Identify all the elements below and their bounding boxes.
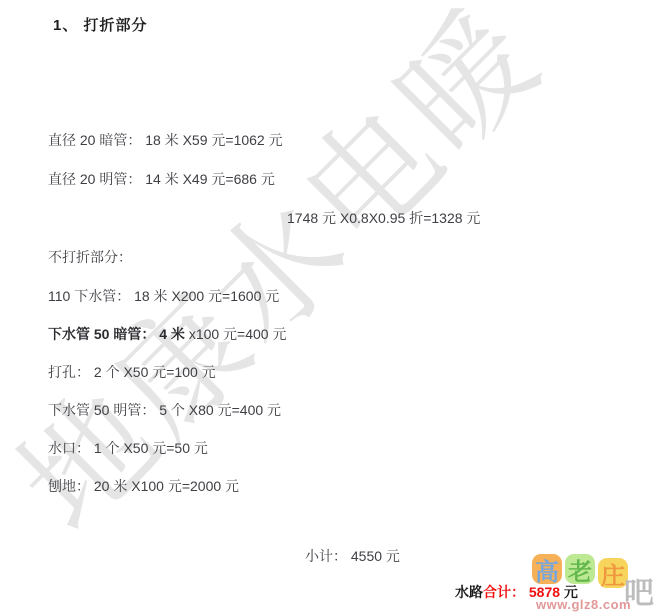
price-line-text: 不打折部分： [48, 249, 132, 265]
price-line: 打孔： 2 个 X50 元=100 元 [48, 362, 216, 382]
subtotal-line: 小计： 4550 元 [305, 546, 400, 566]
document-content: 1、 打折部分 直径 20 暗管： 18 米 X59 元=1062 元 直径 2… [0, 0, 657, 615]
total-amount: 合计： 5878 [483, 584, 560, 600]
price-line: 直径 20 明管： 14 米 X49 元=686 元 [48, 169, 275, 189]
total-suffix: 元 [560, 584, 578, 600]
price-line-text: 直径 20 明管： 14 米 X49 元=686 元 [48, 171, 275, 187]
price-line: 下水管 50 明管： 5 个 X80 元=400 元 [48, 400, 281, 420]
logo-tile-lao: 老 [565, 554, 595, 584]
section-title: 1、 打折部分 [53, 14, 148, 35]
price-line-text: 1748 元 X0.8X0.95 折=1328 元 [287, 210, 480, 226]
price-line-text: 110 下水管： 18 米 X200 元=1600 元 [48, 288, 279, 304]
discount-calc-line: 1748 元 X0.8X0.95 折=1328 元 [287, 208, 480, 228]
price-line-text: 水口： 1 个 X50 元=50 元 [48, 440, 208, 456]
price-line-text: 刨地： 20 米 X100 元=2000 元 [48, 478, 239, 494]
price-line-bold: 下水管 50 暗管： 4 米 [48, 326, 189, 342]
total-line: 水路合计： 5878 元 [455, 582, 578, 602]
price-line-text: 直径 20 暗管： 18 米 X59 元=1062 元 [48, 132, 283, 148]
logo-tile-gao: 高 [532, 554, 562, 584]
price-line: 刨地： 20 米 X100 元=2000 元 [48, 476, 239, 496]
total-prefix: 水路 [455, 584, 483, 600]
price-line-text: 打孔： 2 个 X50 元=100 元 [48, 364, 216, 380]
price-line: 水口： 1 个 X50 元=50 元 [48, 438, 208, 458]
price-line-text: 下水管 50 明管： 5 个 X80 元=400 元 [48, 402, 281, 418]
price-line: 直径 20 暗管： 18 米 X59 元=1062 元 [48, 130, 283, 150]
section-subheading: 不打折部分： [48, 247, 132, 267]
price-line-text: x100 元=400 元 [189, 326, 287, 342]
price-line: 下水管 50 暗管： 4 米 x100 元=400 元 [48, 324, 286, 344]
price-line: 110 下水管： 18 米 X200 元=1600 元 [48, 286, 279, 306]
document-page: 地康水电暖 1、 打折部分 直径 20 暗管： 18 米 X59 元=1062 … [0, 0, 657, 615]
